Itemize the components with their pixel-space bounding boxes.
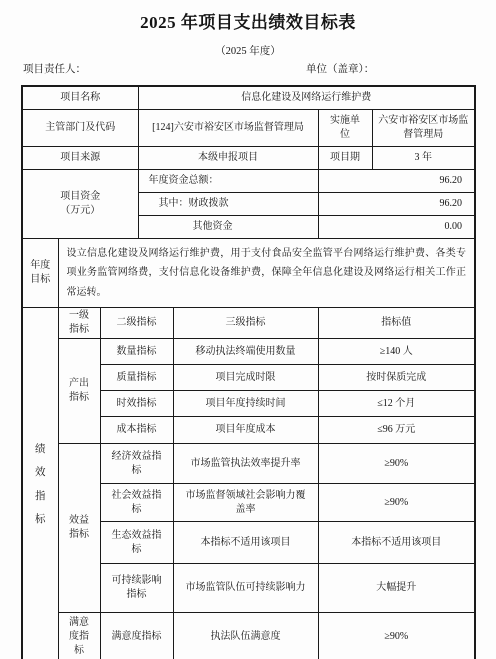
indicator-value-cell: ≥90% — [318, 613, 475, 659]
page-subtitle: （2025 年度） — [0, 43, 496, 58]
performance-side-label: 绩效指标 — [34, 438, 46, 533]
unit-seal-label: 单位（盖章）： — [306, 61, 374, 76]
responsible-person-label: 项目责任人： — [23, 61, 86, 76]
indicator-row: 产出指标 数量指标 移动执法终端使用数量 ≥140 人 — [22, 339, 475, 365]
dept-label-cell: 主管部门及代码 — [22, 109, 138, 146]
header-value-cell: 指标值 — [318, 308, 475, 339]
group-benefit-label-cell: 效益指标 — [58, 444, 100, 613]
indicator-value-cell: 按时保质完成 — [318, 365, 475, 391]
indicator-value-cell: ≤12 个月 — [318, 391, 475, 417]
project-name-label-cell: 项目名称 — [22, 86, 138, 109]
level2-cell: 经济效益指标 — [100, 444, 173, 484]
impl-unit-value-cell: 六安市裕安区市场监督管理局 — [372, 109, 475, 146]
level3-cell: 市场监管队伍可持续影响力 — [173, 564, 318, 613]
page-title: 2025 年项目支出绩效目标表 — [0, 8, 496, 33]
funds-other-value-cell: 0.00 — [318, 215, 475, 238]
funds-fiscal-value-cell: 96.20 — [318, 192, 475, 215]
level2-cell: 生态效益指标 — [100, 522, 173, 564]
level3-cell: 市场监管执法效率提升率 — [173, 444, 318, 484]
performance-target-table: 项目名称 信息化建设及网络运行维护费 主管部门及代码 [124]六安市裕安区市场… — [21, 85, 476, 659]
indicator-value-cell: ≥140 人 — [318, 339, 475, 365]
level3-cell: 项目年度成本 — [173, 417, 318, 444]
funds-other-label-cell: 其他资金 — [138, 215, 318, 238]
funds-label-cell: 项目资金 （万元） — [22, 169, 138, 238]
group-output-label-cell: 产出指标 — [58, 339, 100, 444]
indicator-row: 满意度指标 满意度指标 执法队伍满意度 ≥90% — [22, 613, 475, 659]
indicator-value-cell: ≥90% — [318, 484, 475, 522]
table-row: 项目来源 本级申报项目 项目期 3 年 — [22, 146, 475, 169]
level2-cell: 数量指标 — [100, 339, 173, 365]
dept-value-cell: [124]六安市裕安区市场监督管理局 — [138, 109, 318, 146]
annual-goal-text-cell: 设立信息化建设及网络运行维护费，用于支付食品安全监管平台网络运行维护费、各类专项… — [58, 238, 475, 308]
table-row: 主管部门及代码 [124]六安市裕安区市场监督管理局 实施单位 六安市裕安区市场… — [22, 109, 475, 146]
indicator-value-cell: ≤96 万元 — [318, 417, 475, 444]
table-row: 项目资金 （万元） 年度资金总额： 96.20 — [22, 169, 475, 192]
indicator-value-cell: 大幅提升 — [318, 564, 475, 613]
level2-cell: 时效指标 — [100, 391, 173, 417]
level3-cell: 本指标不适用该项目 — [173, 522, 318, 564]
funds-label-line1: 项目资金 — [27, 190, 134, 204]
level2-cell: 可持续影响指标 — [100, 564, 173, 613]
level3-cell: 市场监督领域社会影响力覆盖率 — [173, 484, 318, 522]
performance-side-label-cell: 绩效指标 — [22, 308, 58, 659]
table-row: 项目名称 信息化建设及网络运行维护费 — [22, 86, 475, 109]
period-label-cell: 项目期 — [318, 146, 372, 169]
header-level1-cell: 一级指标 — [58, 308, 100, 339]
annual-goal-label-cell: 年度目标 — [22, 238, 58, 308]
level3-cell: 执法队伍满意度 — [173, 613, 318, 659]
impl-unit-label-cell: 实施单位 — [318, 109, 372, 146]
level2-cell: 满意度指标 — [100, 613, 173, 659]
indicator-value-cell: ≥90% — [318, 444, 475, 484]
period-value-cell: 3 年 — [372, 146, 475, 169]
funds-label-line2: （万元） — [27, 204, 134, 218]
header-level3-cell: 三级指标 — [173, 308, 318, 339]
level2-cell: 社会效益指标 — [100, 484, 173, 522]
level2-cell: 成本指标 — [100, 417, 173, 444]
header-level2-cell: 二级指标 — [100, 308, 173, 339]
level2-cell: 质量指标 — [100, 365, 173, 391]
document-page: 2025 年项目支出绩效目标表 （2025 年度） 项目责任人： 单位（盖章）：… — [0, 0, 496, 659]
indicator-header-row: 绩效指标 一级指标 二级指标 三级指标 指标值 — [22, 308, 475, 339]
indicator-value-cell: 本指标不适用该项目 — [318, 522, 475, 564]
funds-total-value-cell: 96.20 — [318, 169, 475, 192]
table-row: 年度目标 设立信息化建设及网络运行维护费，用于支付食品安全监管平台网络运行维护费… — [22, 238, 475, 308]
project-name-value-cell: 信息化建设及网络运行维护费 — [138, 86, 475, 109]
funds-fiscal-label-cell: 其中：财政拨款 — [138, 192, 318, 215]
funds-total-label-cell: 年度资金总额： — [138, 169, 318, 192]
level3-cell: 项目年度持续时间 — [173, 391, 318, 417]
indicator-row: 效益指标 经济效益指标 市场监管执法效率提升率 ≥90% — [22, 444, 475, 484]
source-value-cell: 本级申报项目 — [138, 146, 318, 169]
level3-cell: 项目完成时限 — [173, 365, 318, 391]
source-label-cell: 项目来源 — [22, 146, 138, 169]
group-satisfaction-label-cell: 满意度指标 — [58, 613, 100, 659]
level3-cell: 移动执法终端使用数量 — [173, 339, 318, 365]
